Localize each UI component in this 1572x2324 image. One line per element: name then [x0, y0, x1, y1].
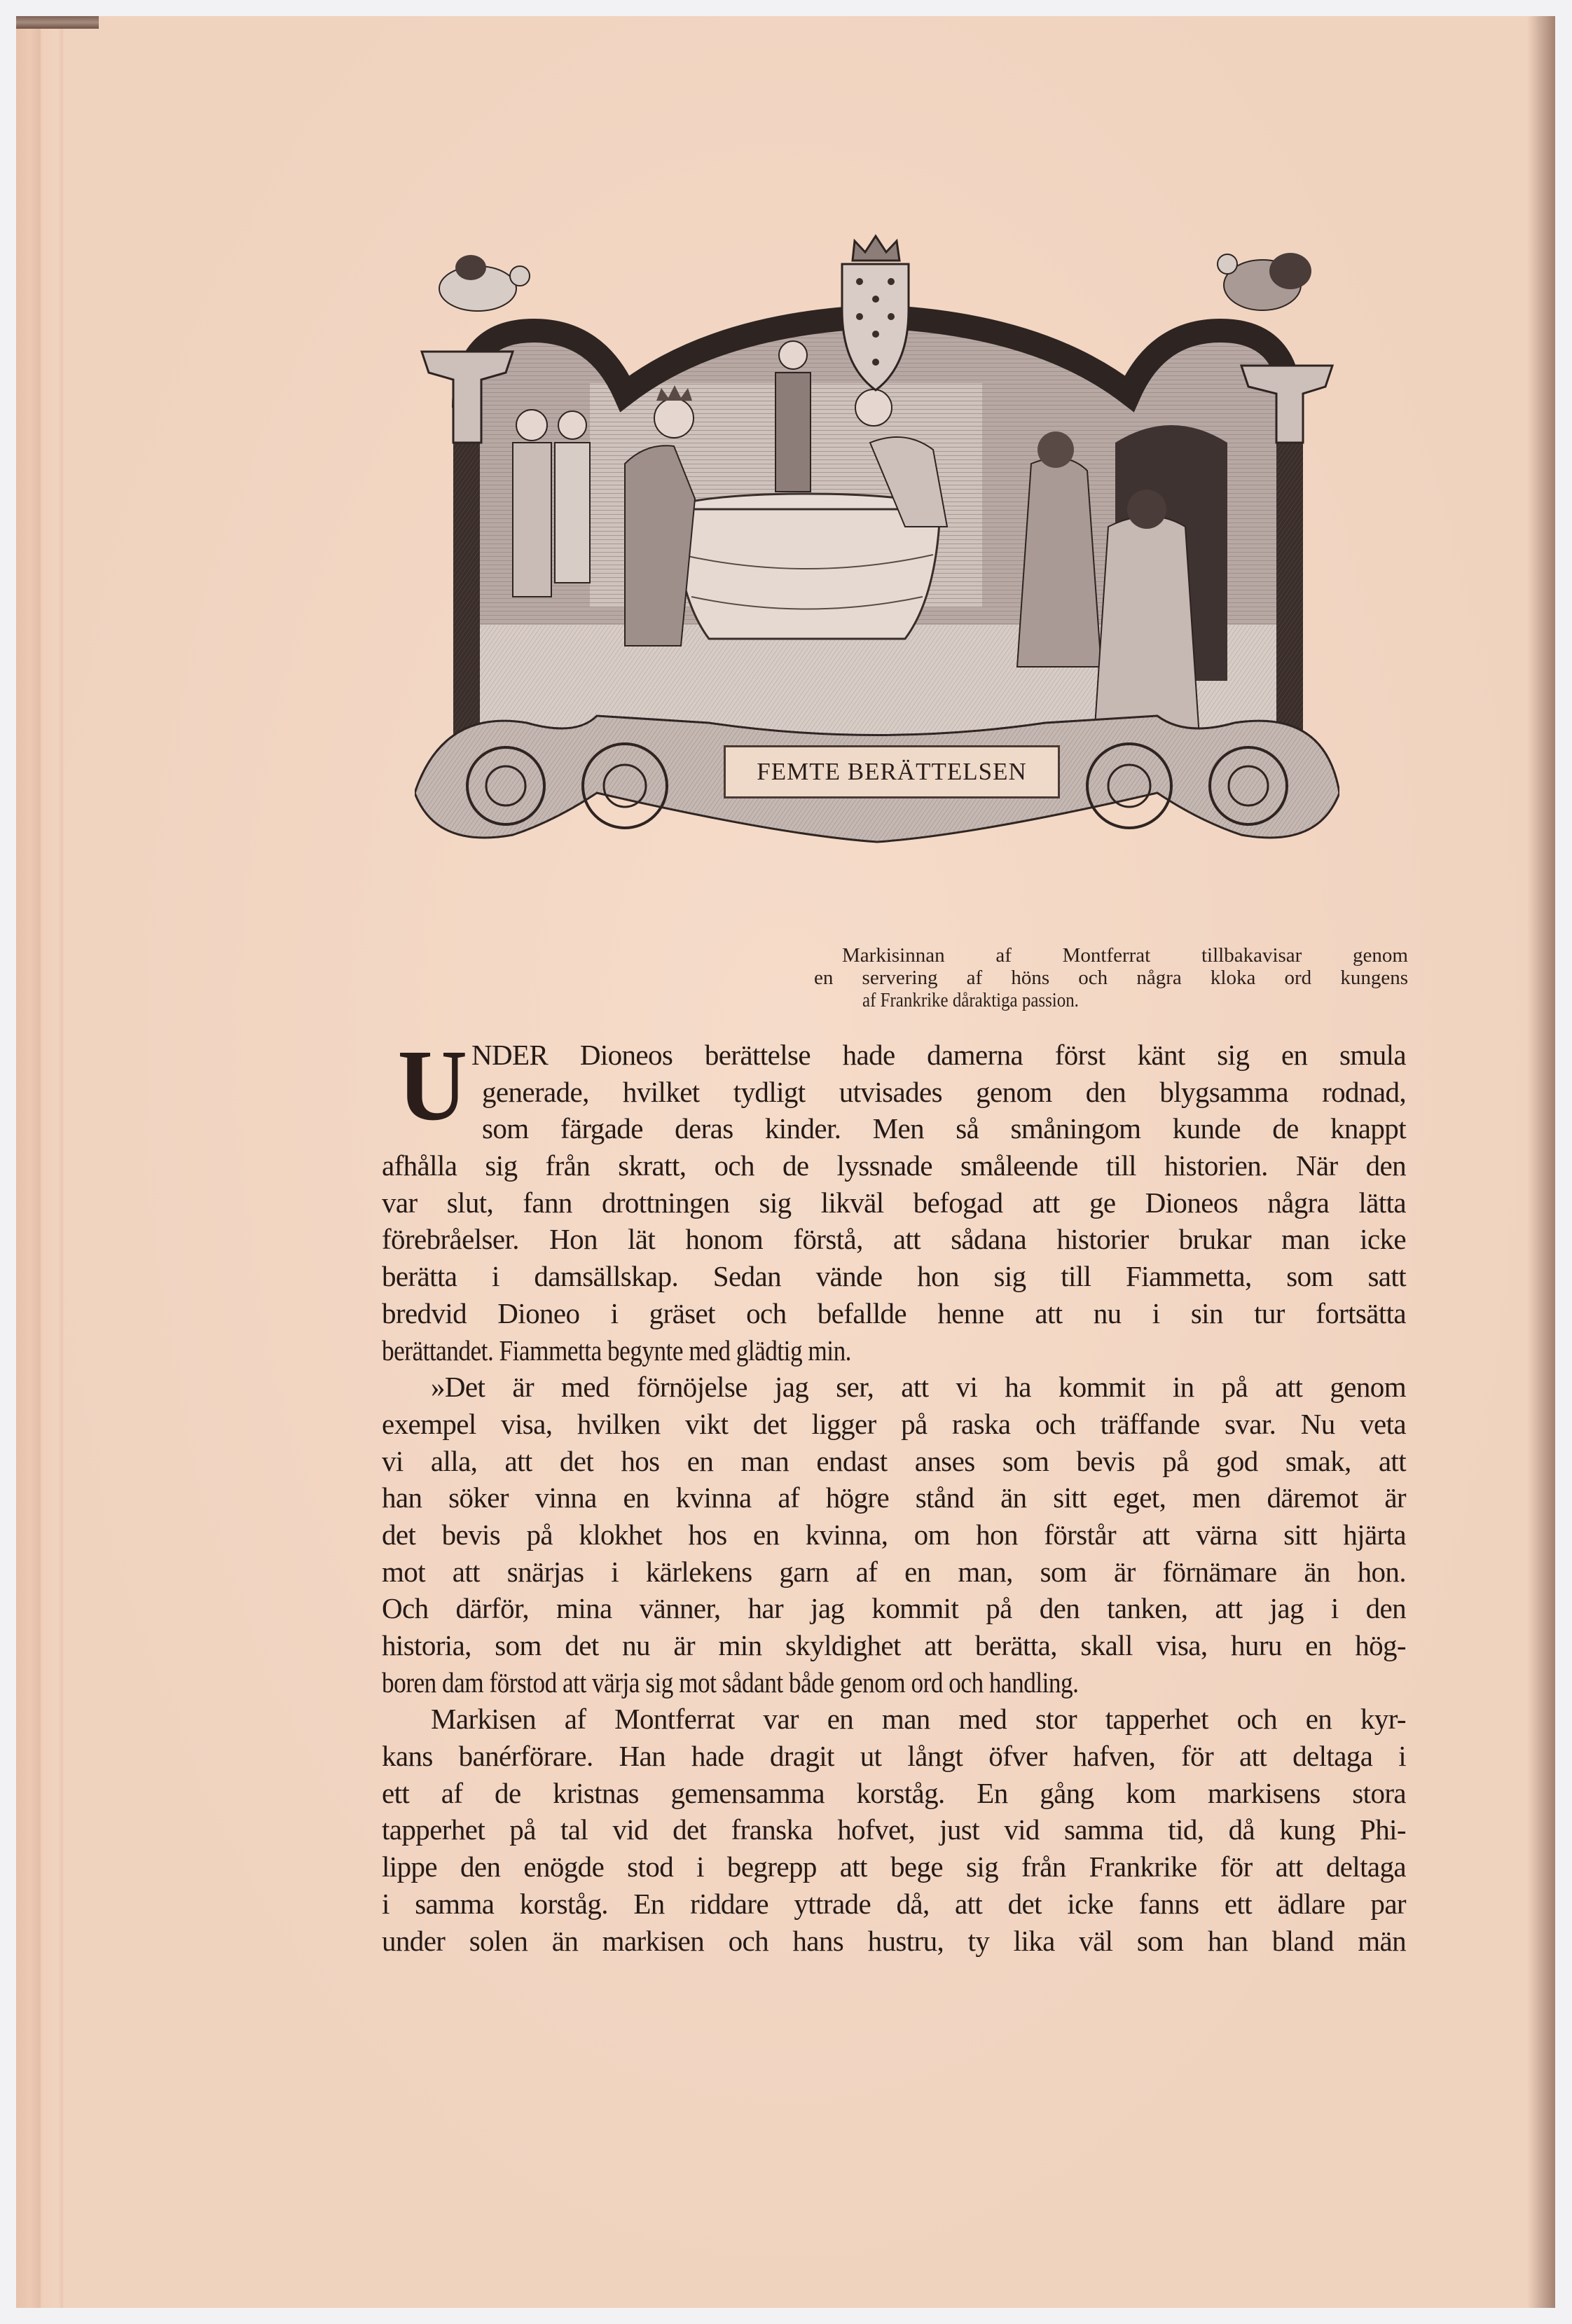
text-line: kans banérförare. Han hade dragit ut lån… — [382, 1738, 1406, 1775]
chapter-title: FEMTE BERÄTTELSEN — [724, 745, 1060, 798]
text-line: det bevis på klokhet hos en kvinna, om h… — [382, 1516, 1406, 1554]
text-line: Och därför, mina vänner, har jag kommit … — [382, 1590, 1406, 1627]
text-line: generade, hvilket tydligt utvisades geno… — [382, 1074, 1406, 1111]
text-line: var slut, fann drottningen sig likväl be… — [382, 1184, 1406, 1222]
text-line: exempel visa, hvilken vikt det ligger på… — [382, 1406, 1406, 1443]
chapter-summary-caption: Markisinnan af Montferrat tillbakavisar … — [814, 944, 1408, 1011]
text-line: NDER Dioneos berättelse hade damerna för… — [382, 1037, 1406, 1074]
text-line: som färgade deras kinder. Men så småning… — [382, 1110, 1406, 1147]
text-line: afhålla sig från skratt, och de lyssnade… — [382, 1147, 1406, 1184]
text-line: lippe den enögde stod i begrepp att bege… — [382, 1848, 1406, 1886]
text-line: ett af de kristnas gemensamma korståg. E… — [382, 1775, 1406, 1812]
text-line: Markisen af Montferrat var en man med st… — [382, 1701, 1406, 1738]
caption-line: en servering af höns och några kloka ord… — [814, 967, 1408, 989]
text-line: berättandet. Fiammetta begynte med glädt… — [382, 1332, 1406, 1369]
caption-line: Markisinnan af Montferrat tillbakavisar … — [814, 944, 1408, 967]
text-line: boren dam förstod att värja sig mot såda… — [382, 1664, 1406, 1701]
text-line: i samma korståg. En riddare yttrade då, … — [382, 1886, 1406, 1923]
page-binding-edge — [16, 16, 64, 2308]
text-line: historia, som det nu är min skyldighet a… — [382, 1627, 1406, 1664]
caption-line: af Frankrike dåraktiga passion. — [862, 989, 1456, 1011]
text-line: vi alla, att det hos en man endast anses… — [382, 1443, 1406, 1480]
text-line: bredvid Dioneo i gräset och befallde hen… — [382, 1295, 1406, 1332]
body-text: U NDER Dioneos berättelse hade damerna f… — [382, 1037, 1406, 1959]
drop-cap: U — [398, 1044, 467, 1128]
text-line: under solen än markisen och hans hustru,… — [382, 1923, 1406, 1960]
page-edge-shadow — [1527, 16, 1555, 2308]
text-line: förebråelser. Hon lät honom förstå, att … — [382, 1221, 1406, 1258]
text-line: mot att snärjas i kärlekens garn af en m… — [382, 1554, 1406, 1591]
text-line: »Det är med förnöjelse jag ser, att vi h… — [382, 1369, 1406, 1406]
text-line: berätta i damsällskap. Sedan vände hon s… — [382, 1258, 1406, 1295]
text-line: han söker vinna en kvinna af högre stånd… — [382, 1479, 1406, 1516]
text-line: tapperhet på tal vid det franska hofvet,… — [382, 1811, 1406, 1848]
folded-corner — [16, 16, 99, 29]
